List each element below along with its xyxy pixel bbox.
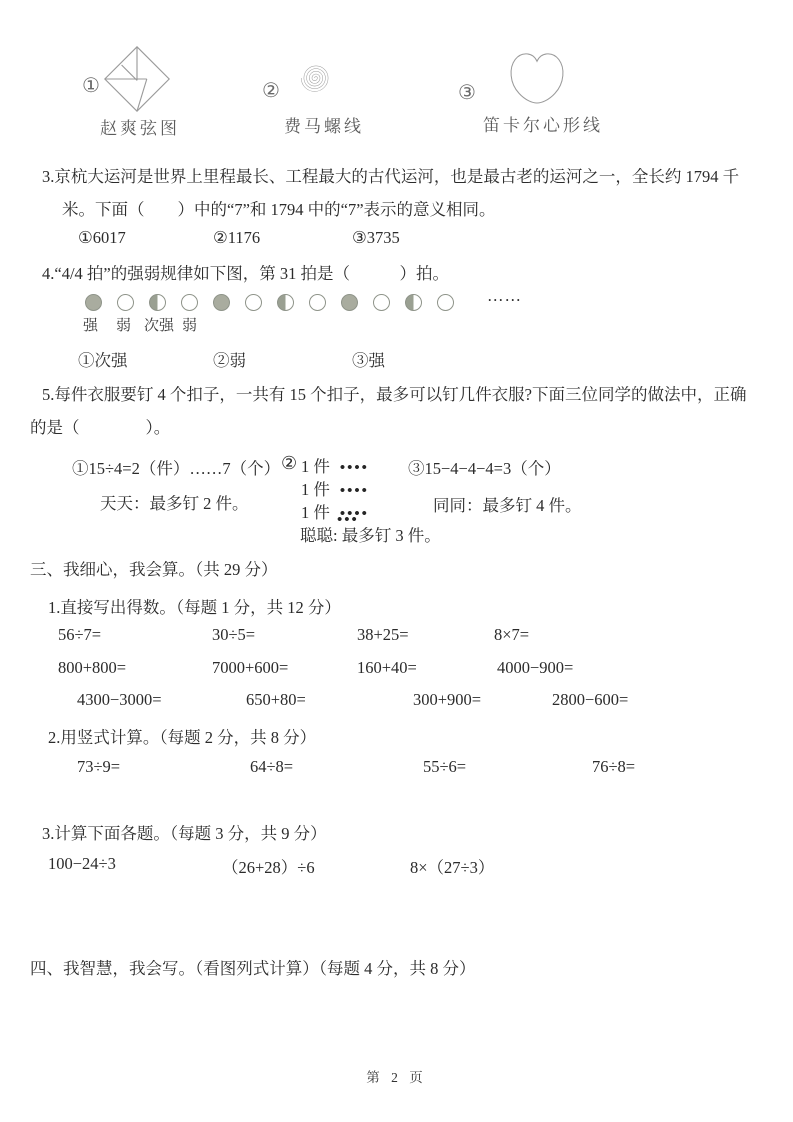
method-2-dots-2: •••• <box>340 483 369 500</box>
method-2-number: ② <box>281 453 297 474</box>
figure-3-label: 笛卡尔心形线 <box>483 111 603 136</box>
figure-1-number: ① <box>82 73 100 98</box>
section-4-title: 四、我智慧，我会写。（看图列式计算）（每题 4 分，共 8 分） <box>30 955 476 979</box>
beat-circle-empty <box>117 294 134 311</box>
figure-2-label: 费马螺线 <box>284 112 364 137</box>
zhao-shuang-diagram-icon <box>102 44 172 114</box>
question-3-option-2: ②1176 <box>213 228 260 248</box>
figure-3-number: ③ <box>458 80 476 105</box>
calc-expression: 650+80= <box>246 690 306 710</box>
method-2-dots-1: •••• <box>340 460 369 477</box>
calc-expression: 2800−600= <box>552 690 628 710</box>
calc-expression: 4300−3000= <box>77 690 162 710</box>
calc-expression: 56÷7= <box>58 625 101 645</box>
method-2-item-2: 1 件 <box>301 476 330 500</box>
circled-number-2: ② <box>262 80 280 102</box>
beat-label-strong: 强 <box>83 314 98 335</box>
beat-circle-empty <box>245 294 262 311</box>
calc-expression: 8×（27÷3） <box>410 854 494 878</box>
method-2-answer: 聪聪: 最多钉 3 件。 <box>300 522 441 546</box>
calc-expression: 73÷9= <box>77 757 120 777</box>
calc-expression: 55÷6= <box>423 757 466 777</box>
calc-expression: 64÷8= <box>250 757 293 777</box>
zhao-shuang-diagram-figure <box>102 44 172 114</box>
page-number: 第 2 页 <box>0 1066 793 1086</box>
method-2-item-1: 1 件 <box>301 453 330 477</box>
beat-circle-empty <box>373 294 390 311</box>
question-3-line2: 米。下面（ ）中的“7”和 1794 中的“7”表示的意义相同。 <box>62 196 496 220</box>
beat-row-ellipsis: …… <box>487 286 522 306</box>
cardioid-figure <box>504 46 570 110</box>
beat-circle-half <box>277 294 294 311</box>
question-5-line1: 5.每件衣服要钉 4 个扣子，一共有 15 个扣子，最多可以钉几件衣服?下面三位… <box>42 381 746 405</box>
circled-number-1: ① <box>82 75 100 97</box>
calc-expression: 7000+600= <box>212 658 288 678</box>
figure-2-number: ② <box>262 78 280 103</box>
calc-expression: 8×7= <box>494 625 529 645</box>
question-4-option-2: ②弱 <box>213 347 246 371</box>
calc-expression: 300+900= <box>413 690 481 710</box>
method-1-formula: ①15÷4=2（件）……7（个） <box>72 455 280 479</box>
beat-circle-full <box>85 294 102 311</box>
calc-expression: 76÷8= <box>592 757 635 777</box>
fermat-spiral-icon <box>286 48 346 108</box>
calc-expression: 100−24÷3 <box>48 854 116 874</box>
beat-label-weak-1: 弱 <box>116 314 131 335</box>
question-3-option-1: ①6017 <box>78 228 126 248</box>
method-2-row-2: 1 件 •••• <box>301 476 369 500</box>
method-1-answer: 天天：最多钉 2 件。 <box>100 490 249 514</box>
calc-expression: 30÷5= <box>212 625 255 645</box>
beat-circle-half <box>149 294 166 311</box>
section-3-part-2-title: 2.用竖式计算。（每题 2 分，共 8 分） <box>48 724 316 748</box>
section-3-part-3-title: 3.计算下面各题。（每题 3 分，共 9 分） <box>42 820 327 844</box>
beat-row <box>85 291 469 311</box>
beat-circle-empty <box>309 294 326 311</box>
exam-paper-page: ① 赵爽弦图 ② 费马螺线 ③ 笛卡尔心形线 3.京杭大运河是世界上里程最长、工… <box>0 0 793 1122</box>
question-5-line2: 的是（ ）。 <box>30 414 170 438</box>
calc-expression: 4000−900= <box>497 658 573 678</box>
question-4-option-1: ①次强 <box>78 347 128 371</box>
method-2-item-3: 1 件 <box>301 499 330 523</box>
circled-number-3: ③ <box>458 82 476 104</box>
calc-expression: 800+800= <box>58 658 126 678</box>
beat-circle-empty <box>181 294 198 311</box>
calc-expression: 160+40= <box>357 658 417 678</box>
cardioid-icon <box>504 46 570 110</box>
section-3-part-1-title: 1.直接写出得数。（每题 1 分，共 12 分） <box>48 594 341 618</box>
beat-label-medium-strong: 次强 <box>144 314 174 335</box>
beat-circle-empty <box>437 294 454 311</box>
question-4-option-3: ③强 <box>352 347 385 371</box>
calc-expression: 38+25= <box>357 625 409 645</box>
fermat-spiral-figure <box>286 48 346 108</box>
question-4-text: 4.“4/4 拍”的强弱规律如下图，第 31 拍是（ ）拍。 <box>42 260 449 284</box>
method-3-answer: 同同：最多钉 4 件。 <box>433 492 582 516</box>
beat-circle-half <box>405 294 422 311</box>
calc-expression: （26+28）÷6 <box>222 854 315 878</box>
beat-circle-full <box>213 294 230 311</box>
section-3-title: 三、我细心，我会算。（共 29 分） <box>30 556 278 580</box>
beat-circle-full <box>341 294 358 311</box>
method-2-row-1: 1 件 •••• <box>301 453 369 477</box>
question-3-line1: 3.京杭大运河是世界上里程最长、工程最大的古代运河，也是最古老的运河之一，全长约… <box>42 163 739 187</box>
method-3-formula: ③15−4−4−4=3（个） <box>408 455 561 479</box>
figure-1-label: 赵爽弦图 <box>100 114 180 139</box>
beat-label-weak-2: 弱 <box>182 314 197 335</box>
question-3-option-3: ③3735 <box>352 228 400 248</box>
